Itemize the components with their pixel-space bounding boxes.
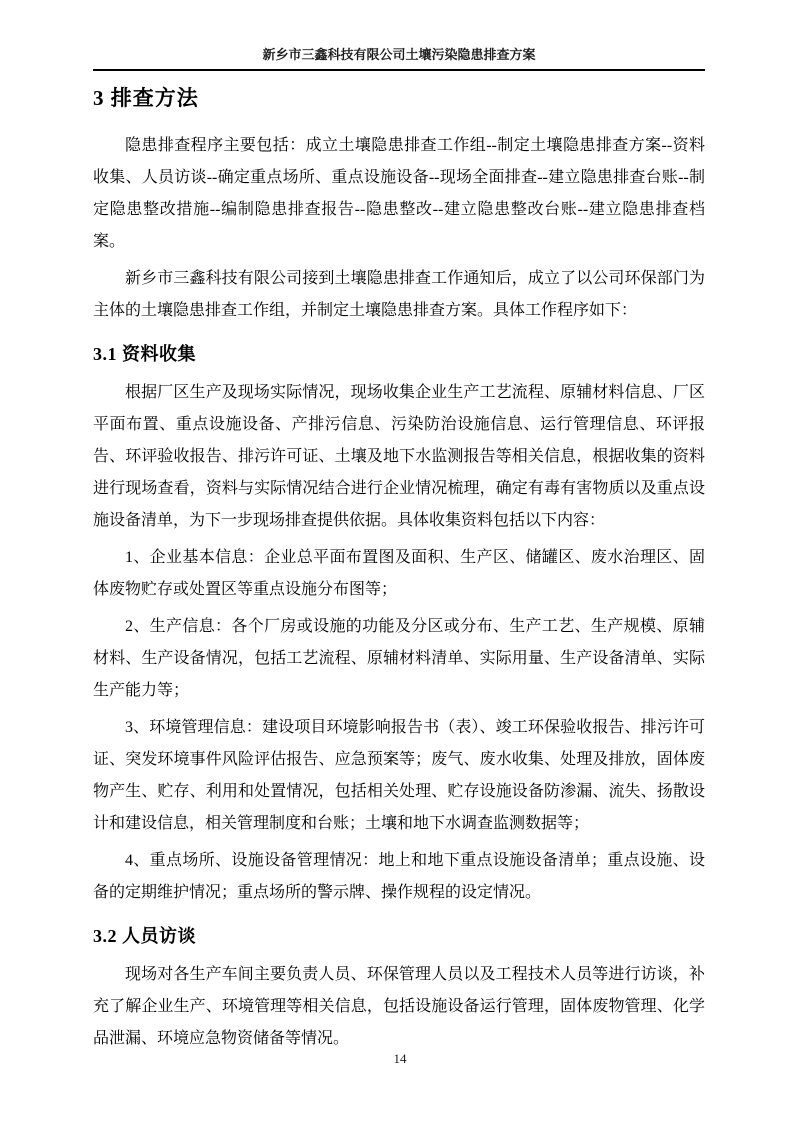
section-3-1-list-item-1: 1、企业基本信息：企业总平面布置图及面积、生产区、储罐区、废水治理区、固体废物贮… <box>93 542 705 606</box>
document-body: 3 排查方法 隐患排查程序主要包括：成立土壤隐患排查工作组--制定土壤隐患排查方… <box>93 80 705 1060</box>
header-title: 新乡市三鑫科技有限公司土壤污染隐患排查方案 <box>93 46 705 64</box>
intro-paragraph-1: 隐患排查程序主要包括：成立土壤隐患排查工作组--制定土壤隐患排查方案--资料收集… <box>93 130 705 258</box>
section-3-1-list-item-2: 2、生产信息：各个厂房或设施的功能及分区或分布、生产工艺、生产规模、原辅材料、生… <box>93 611 705 707</box>
header-rule <box>93 69 705 71</box>
section-3-1-list-item-3: 3、环境管理信息：建设项目环境影响报告书（表）、竣工环保验收报告、排污许可证、突… <box>93 712 705 840</box>
page-header: 新乡市三鑫科技有限公司土壤污染隐患排查方案 <box>93 46 705 71</box>
section-heading-3-2: 3.2 人员访谈 <box>93 923 705 949</box>
section-3-1-list-item-4: 4、重点场所、设施设备管理情况：地上和地下重点设施设备清单；重点设施、设备的定期… <box>93 845 705 909</box>
section-heading-3-1: 3.1 资料收集 <box>93 341 705 367</box>
document-page: 新乡市三鑫科技有限公司土壤污染隐患排查方案 3 排查方法 隐患排查程序主要包括：… <box>0 0 800 1131</box>
page-footer: 14 <box>0 1051 800 1067</box>
page-number: 14 <box>394 1051 407 1066</box>
chapter-heading: 3 排查方法 <box>93 84 705 112</box>
intro-paragraph-2: 新乡市三鑫科技有限公司接到土壤隐患排查工作通知后，成立了以公司环保部门为主体的土… <box>93 263 705 327</box>
section-3-1-paragraph: 根据厂区生产及现场实际情况，现场收集企业生产工艺流程、原辅材料信息、厂区平面布置… <box>93 377 705 537</box>
section-3-2-paragraph: 现场对各生产车间主要负责人员、环保管理人员以及工程技术人员等进行访谈，补充了解企… <box>93 959 705 1055</box>
